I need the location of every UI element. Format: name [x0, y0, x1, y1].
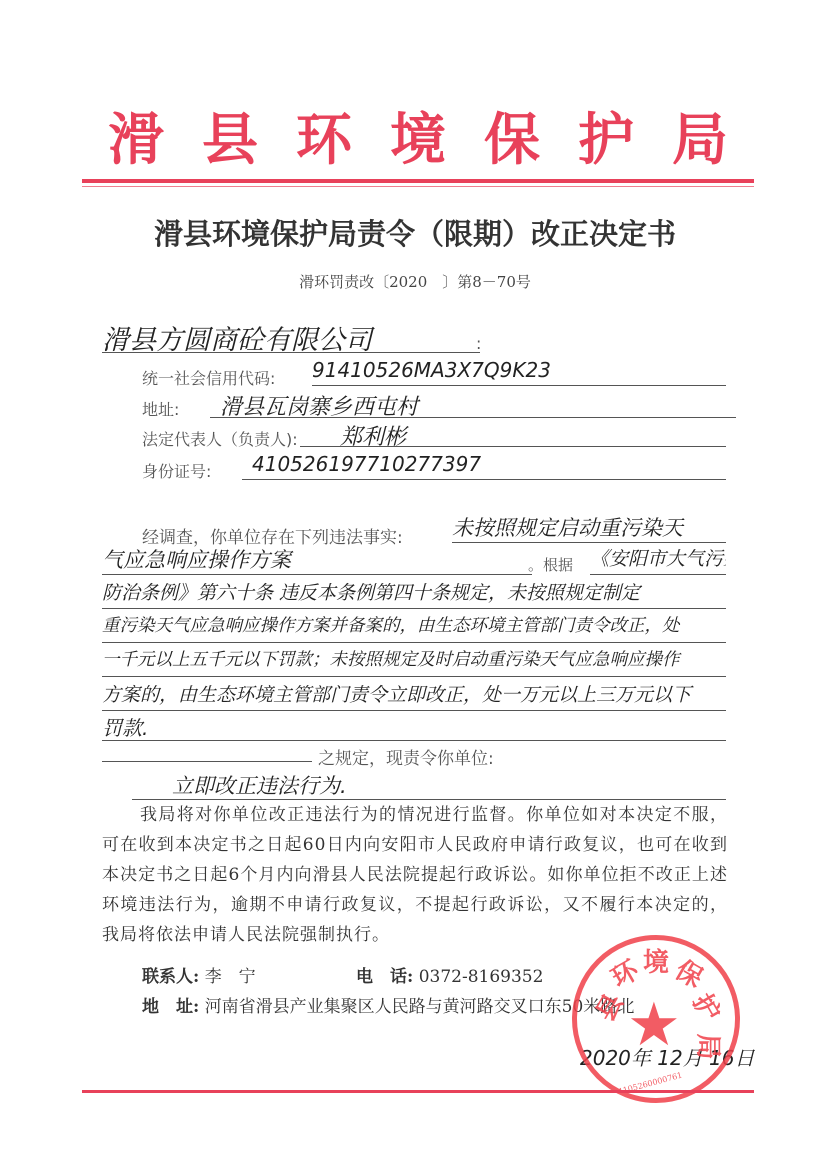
legal-notice-paragraph: 我局将对你单位改正违法行为的情况进行监督。你单位如对本决定不服，可在收到本决定书… — [102, 800, 728, 950]
letterhead-char: 境 — [390, 96, 446, 166]
basis-text-3: 重污染天气应急响应操作方案并备案的，由生态环境主管部门责令改正，处 — [102, 612, 726, 643]
id-number-label: 身份证号: — [142, 459, 211, 482]
basis-text-2: 防治条例》第六十条 违反本条例第四十条规定，未按照规定制定 — [102, 578, 726, 609]
agency-letterhead: 滑 县 环 境 保 护 局 — [108, 96, 728, 166]
order-label: 之规定，现责令你单位: — [318, 744, 494, 769]
violation-text-1: 未按照规定启动重污染天 — [452, 512, 726, 543]
order-blank-line — [102, 760, 312, 762]
contact-address-value: 河南省滑县产业集聚区人民路与黄河路交叉口东50米路北 — [205, 997, 635, 1017]
seal-char: 局 — [692, 1033, 729, 1059]
seal-char: 境 — [643, 942, 669, 979]
contact-phone-label: 电 话: — [356, 967, 413, 987]
legal-rep-label: 法定代表人（负责人): — [142, 427, 298, 450]
letterhead-char: 滑 — [108, 96, 164, 166]
address-value: 滑县瓦岗寨乡西屯村 — [210, 390, 736, 418]
id-number-value: 410526197710277397 — [242, 452, 726, 480]
letterhead-char: 县 — [202, 96, 258, 166]
company-name: 滑县方圆商砼有限公司 — [102, 318, 480, 353]
credit-code-value: 91410526MA3X7Q9K23 — [312, 358, 726, 386]
letterhead-char: 环 — [296, 96, 352, 166]
address-label: 地址: — [142, 397, 179, 420]
letterhead-rule-thin — [82, 186, 754, 187]
contact-address-row: 地 址: 河南省滑县产业集聚区人民路与黄河路交叉口东50米路北 — [142, 992, 634, 1017]
footer-rule — [82, 1090, 754, 1093]
company-colon: : — [476, 334, 481, 353]
letterhead-char: 护 — [578, 96, 634, 166]
credit-code-label: 统一社会信用代码: — [142, 366, 275, 389]
letterhead-char: 局 — [672, 96, 728, 166]
contact-address-label: 地 址: — [142, 997, 199, 1017]
seal-char: 环 — [603, 950, 644, 995]
seal-char: 保 — [669, 950, 710, 995]
basis-label: 。根据 — [528, 554, 573, 575]
contact-phone-row: 电 话: 0372-8169352 — [356, 962, 543, 987]
official-seal: 县 环 境 保 护 局 ★ 4105260000761 — [572, 935, 740, 1103]
violation-text-2: 气应急响应操作方案 — [102, 544, 532, 575]
contact-person-label: 联系人: — [142, 967, 199, 987]
document-title: 滑县环境保护局责令（限期）改正决定书 — [0, 212, 830, 253]
letterhead-char: 保 — [484, 96, 540, 166]
basis-text-4: 一千元以上五千元以下罚款；未按照规定及时启动重污染天气应急响应操作 — [102, 646, 726, 677]
basis-text-6: 罚款. — [102, 712, 726, 741]
document-number: 滑环罚责改〔2020 〕第8－70号 — [0, 271, 830, 292]
order-text: 立即改正违法行为. — [132, 770, 726, 800]
contact-person-value: 李 宁 — [205, 967, 256, 987]
star-icon: ★ — [627, 995, 681, 1055]
legal-rep-value: 郑利彬 — [300, 420, 726, 447]
contact-phone-value: 0372-8169352 — [419, 967, 544, 987]
contact-person-row: 联系人: 李 宁 — [142, 962, 256, 987]
letterhead-rule-thick — [82, 179, 754, 183]
basis-text-1: 《安阳市大气污染 — [590, 544, 726, 575]
basis-text-5: 方案的，由生态环境主管部门责令立即改正，处一万元以上三万元以下 — [102, 680, 726, 711]
